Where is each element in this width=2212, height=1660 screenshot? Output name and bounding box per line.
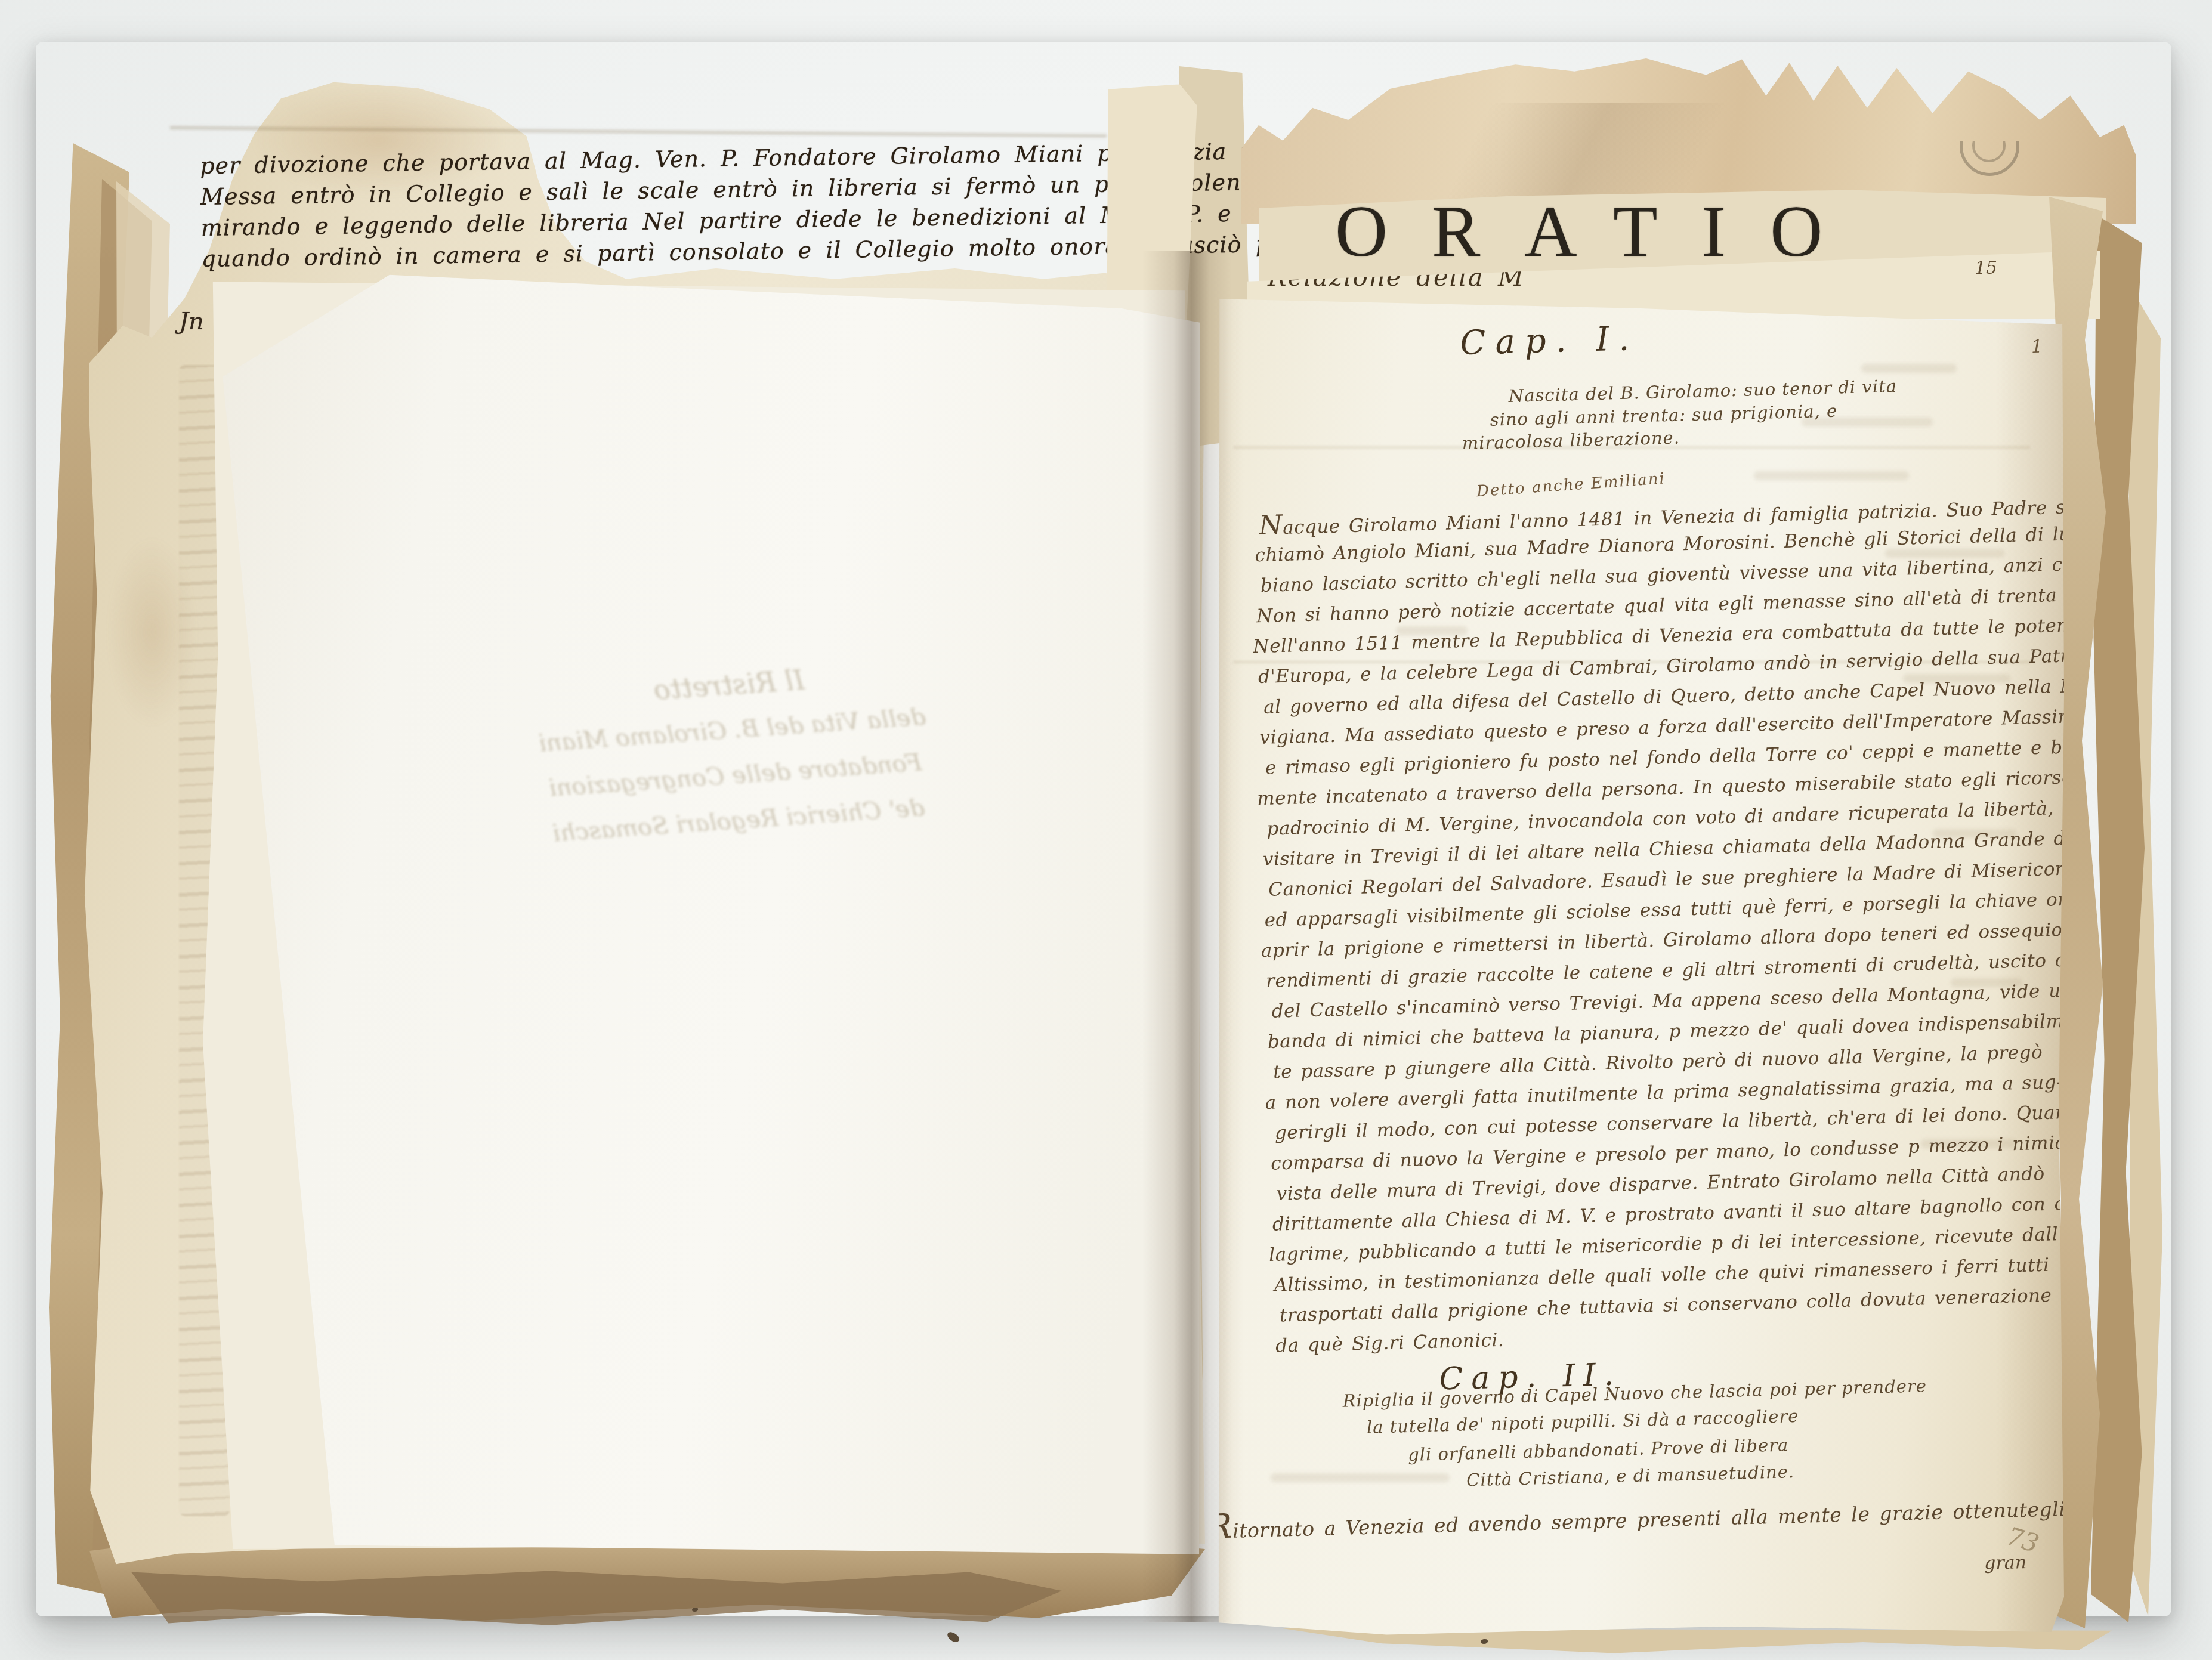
marginal-annotation: Detto anche Emiliani	[1476, 469, 1666, 500]
page-number: 1	[2031, 336, 2043, 357]
chapter1-body: Nacque Girolamo Miani l'anno 1481 in Ven…	[1217, 489, 2086, 1363]
catchword: gran	[1984, 1552, 2027, 1574]
chapter1-subtitle-line: Nascita del B. Girolamo: suo tenor di vi…	[1508, 376, 1897, 406]
covered-line-fragment: Jn	[179, 308, 204, 335]
closing-line: Ritornato a Venezia ed avendo sempre pre…	[1206, 1484, 2126, 1547]
mirrored-showthrough-title: Il Ristretto della Vita del B. Girolamo …	[471, 644, 996, 861]
chapter2-subtitle-line: la tutella de' nipoti pupilli. Si dà a r…	[1366, 1406, 1799, 1438]
ink-stamp-inner-ring	[1972, 129, 2006, 162]
chapter2-subtitle-line: gli orfanelli abbandonati. Prove di libe…	[1408, 1435, 1789, 1465]
book-gutter-shadow	[1142, 251, 1232, 1622]
chapter1-heading: Cap. I.	[1212, 313, 1887, 369]
left-white-sheet: Il Ristretto della Vita del B. Girolamo …	[221, 268, 1202, 1557]
chapter1-subtitle-line: miracolosa liberazione.	[1462, 427, 1680, 453]
ink-stamp-icon	[1960, 116, 2019, 176]
printed-title: ORATIO	[1335, 190, 1867, 274]
chapter2-subtitle-line: Città Cristiana, e di mansuetudine.	[1466, 1461, 1795, 1490]
sliver-page-number: 15	[1975, 258, 1997, 279]
right-manuscript-page: 1 Cap. I. Nascita del B. Girolamo: suo t…	[1217, 292, 2064, 1637]
right-page-content: 1 Cap. I. Nascita del B. Girolamo: suo t…	[1211, 271, 2093, 1638]
